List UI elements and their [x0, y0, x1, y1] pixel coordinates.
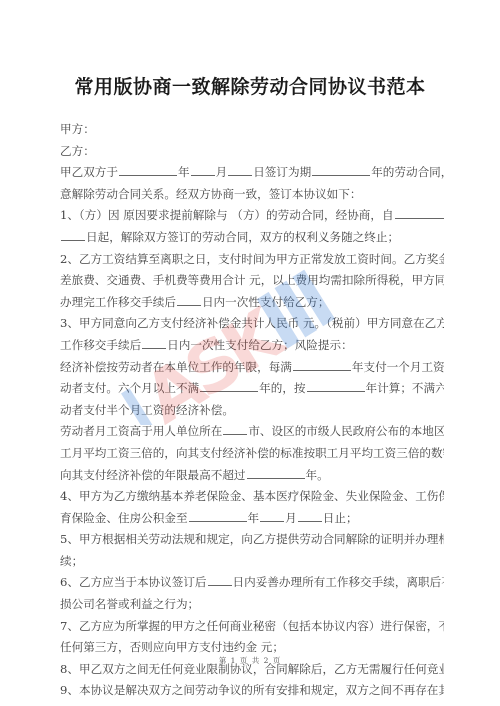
text-line: 4、甲方为乙方缴纳基本养老保险金、基本医疗保险金、失业保险金、工伤保险金、生 — [60, 486, 444, 508]
fill-in-blank — [298, 509, 322, 522]
text-segment: 1、（方）因 原因要求提前解除与 （方）的劳动合同，经协商，自 — [60, 208, 394, 222]
text-line: 7、乙方应为所掌握的甲方之任何商业秘密（包括本协议内容）进行保密，不得泄露给 — [60, 616, 444, 638]
text-segment: 日内一次性支付给乙方； — [202, 295, 330, 309]
text-line: 动者支付半个月工资的经济补偿。 — [60, 400, 444, 422]
text-segment: 经济补偿按劳动者在本单位工作的年限，每满 — [60, 360, 292, 374]
fill-in-blank — [228, 163, 252, 176]
fill-in-blank — [177, 293, 201, 306]
fill-in-blank — [312, 163, 370, 176]
text-segment: 日内妥善办理所有工作移交手续，离职后不得作出有 — [233, 575, 444, 589]
text-line: 5、甲方根据相关劳动法规和规定，向乙方提供劳动合同解除的证明并办理相关退工手 — [60, 529, 444, 551]
text-segment: 日起，解除双方签订的劳动合同，双方的权利义务随之终止； — [86, 230, 399, 244]
text-segment: 育保险金、住房公积金至 — [60, 511, 188, 525]
text-segment: 日止； — [323, 511, 358, 525]
text-segment: 损公司名誉或利益之行为； — [60, 597, 199, 611]
text-segment: 9、本协议是解决双方之间劳动争议的所有安排和规定，双方之间不再存在其他任何劳 — [60, 683, 444, 697]
text-line: 工作移交手续后日内一次性支付给乙方；风险提示： — [60, 335, 444, 357]
text-segment: 工作移交手续后 — [60, 338, 141, 352]
text-line: 差旅费、交通费、手机费等费用合计 元，以上费用均需扣除所得税，甲方同意在乙方 — [60, 270, 444, 292]
fill-in-blank — [200, 379, 258, 392]
text-segment: 甲乙双方于 — [60, 165, 118, 179]
text-line: 向其支付经济补偿的年限最高不超过年。 — [60, 465, 444, 487]
text-segment: 意解除劳动合同关系。经双方协商一致，签订本协议如下： — [60, 187, 361, 201]
text-line: 9、本协议是解决双方之间劳动争议的所有安排和规定，双方之间不再存在其他任何劳 — [60, 680, 444, 702]
page-footer: 第 1 页 共 2 页 — [0, 655, 500, 666]
text-segment: 年的劳动合同，现甲乙双方同 — [371, 165, 444, 179]
text-line: 甲乙双方于年月日签订为期年的劳动合同，现甲乙双方同 — [60, 162, 444, 184]
clause-lines: 甲乙双方于年月日签订为期年的劳动合同，现甲乙双方同意解除劳动合同关系。经双方协商… — [60, 162, 444, 702]
text-segment: 年 — [248, 511, 260, 525]
text-line: 损公司名誉或利益之行为； — [60, 594, 444, 616]
text-line: 意解除劳动合同关系。经双方协商一致，签订本协议如下： — [60, 184, 444, 206]
text-segment: 市、设区的市级人民政府公布的本地区上年度职 — [248, 424, 444, 438]
text-line: 6、乙方应当于本协议签订后日内妥善办理所有工作移交手续，离职后不得作出有 — [60, 572, 444, 594]
fill-in-blank — [142, 336, 166, 349]
party-b-label: 乙方： — [60, 141, 444, 163]
text-segment: 动者支付半个月工资的经济补偿。 — [60, 403, 234, 417]
text-segment: 日内一次性支付给乙方；风险提示： — [167, 338, 353, 352]
fill-in-blank — [307, 379, 365, 392]
text-line: 育保险金、住房公积金至年月日止； — [60, 508, 444, 530]
text-segment: 月 — [285, 511, 297, 525]
party-a-label: 甲方： — [60, 119, 444, 141]
text-segment: 2、乙方工资结算至离职之日，支付时间为甲方正常发放工资时间。乙方奖金为 元， — [60, 252, 444, 266]
text-line: 续； — [60, 551, 444, 573]
text-segment: 3、甲方同意向乙方支付经济补偿金共计人民币 元。（税前）甲方同意在乙方办理完 — [60, 316, 444, 330]
fill-in-blank — [189, 509, 247, 522]
text-line: 经济补偿按劳动者在本单位工作的年限，每满年支付一个月工资的标准向劳 — [60, 357, 444, 379]
document-page: 常用版协商一致解除劳动合同协议书范本 甲方： 乙方： 甲乙双方于年月日签订为期年… — [0, 0, 500, 706]
text-segment: 日签订为期 — [253, 165, 311, 179]
text-line: 3、甲方同意向乙方支付经济补偿金共计人民币 元。（税前）甲方同意在乙方办理完 — [60, 313, 444, 335]
text-line: 办理完工作移交手续后日内一次性支付给乙方； — [60, 292, 444, 314]
fill-in-blank — [191, 163, 215, 176]
document-title: 常用版协商一致解除劳动合同协议书范本 — [0, 72, 500, 99]
text-segment: 年支付一个月工资的标准向劳 — [352, 360, 444, 374]
fill-in-blank — [208, 573, 232, 586]
fill-in-blank — [247, 466, 305, 479]
text-segment: 差旅费、交通费、手机费等费用合计 元，以上费用均需扣除所得税，甲方同意在乙方 — [60, 273, 444, 287]
text-line: 2、乙方工资结算至离职之日，支付时间为甲方正常发放工资时间。乙方奖金为 元， — [60, 249, 444, 271]
text-segment: 工月平均工资三倍的，向其支付经济补偿的标准按职工月平均工资三倍的数额支付， — [60, 446, 444, 460]
text-segment: 5、甲方根据相关劳动法规和规定，向乙方提供劳动合同解除的证明并办理相关退工手 — [60, 532, 444, 546]
text-segment: 续； — [60, 554, 83, 568]
text-segment: 年 — [178, 165, 190, 179]
fill-in-blank — [119, 163, 177, 176]
fill-in-blank — [223, 422, 247, 435]
fill-in-blank — [61, 228, 85, 241]
text-segment: 年计算；不满六个月的，向劳 — [366, 381, 444, 395]
document-body: 甲方： 乙方： 甲乙双方于年月日签订为期年的劳动合同，现甲乙双方同意解除劳动合同… — [60, 119, 444, 702]
text-line: 工月平均工资三倍的，向其支付经济补偿的标准按职工月平均工资三倍的数额支付， — [60, 443, 444, 465]
text-segment: 年。 — [306, 468, 329, 482]
text-line: 劳动者月工资高于用人单位所在市、设区的市级人民政府公布的本地区上年度职 — [60, 421, 444, 443]
text-line: 动者支付。六个月以上不满年的，按年计算；不满六个月的，向劳 — [60, 378, 444, 400]
text-segment: 4、甲方为乙方缴纳基本养老保险金、基本医疗保险金、失业保险金、工伤保险金、生 — [60, 489, 444, 503]
text-segment: 6、乙方应当于本协议签订后 — [60, 575, 207, 589]
fill-in-blank — [395, 206, 444, 219]
text-segment: 劳动者月工资高于用人单位所在 — [60, 424, 222, 438]
text-segment: 向其支付经济补偿的年限最高不超过 — [60, 468, 246, 482]
fill-in-blank — [293, 358, 351, 371]
text-segment: 月 — [216, 165, 228, 179]
text-segment: 任何第三方，否则应向甲方支付违约金 元； — [60, 640, 284, 654]
text-segment: 年的，按 — [259, 381, 305, 395]
text-segment: 动者支付。六个月以上不满 — [60, 381, 199, 395]
text-segment: 7、乙方应为所掌握的甲方之任何商业秘密（包括本协议内容）进行保密，不得泄露给 — [60, 619, 444, 633]
fill-in-blank — [260, 509, 284, 522]
text-line: 1、（方）因 原因要求提前解除与 （方）的劳动合同，经协商，自年月 — [60, 205, 444, 227]
text-segment: 办理完工作移交手续后 — [60, 295, 176, 309]
text-line: 日起，解除双方签订的劳动合同，双方的权利义务随之终止； — [60, 227, 444, 249]
